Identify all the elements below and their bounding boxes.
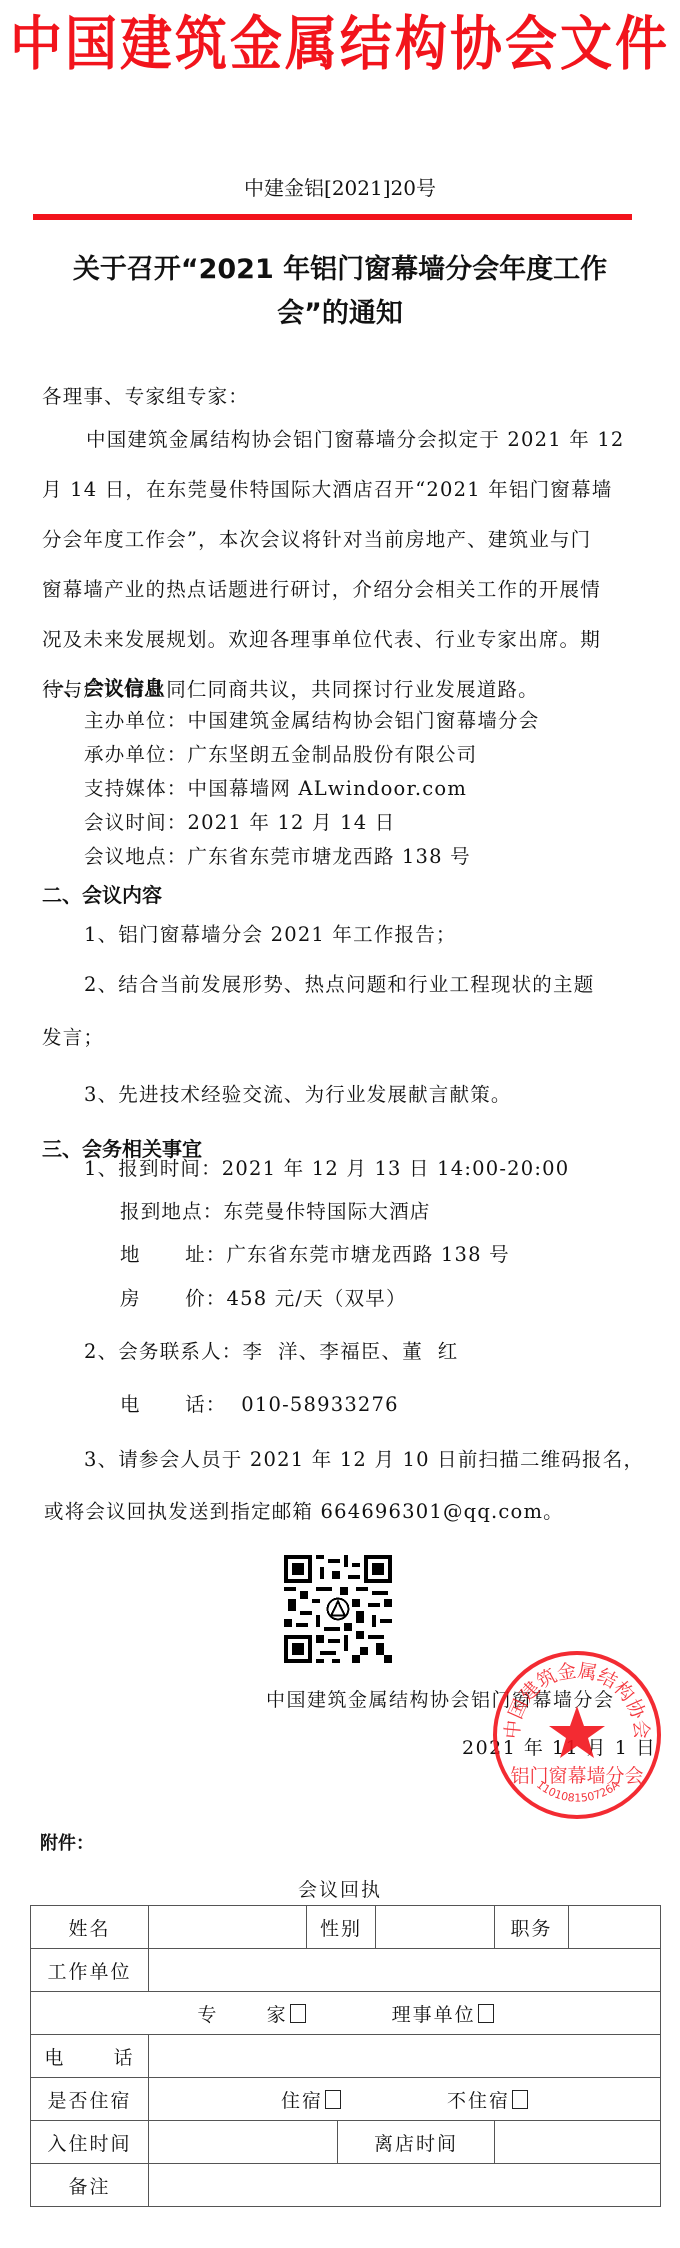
- stay-yes-label: 住宿: [281, 2090, 323, 2112]
- signup-instruction: 3、请参会人员于 2021 年 12 月 10 日前扫描二维码报名，: [84, 1445, 644, 1475]
- expert-label: 专 家: [197, 2004, 287, 2026]
- seal-icon: 中国建筑金属结构协会 铝门窗幕墙分会 110108150726A: [490, 1648, 664, 1822]
- remark-label: 备注: [31, 2164, 149, 2207]
- info-host: 主办单位：中国建筑金属结构协会铝门窗幕墙分会: [84, 705, 539, 739]
- workplace-label: 工作单位: [31, 1949, 149, 1992]
- registration-place: 报到地点：东莞曼佧特国际大酒店: [120, 1197, 431, 1227]
- intro-line: 窗幕墙产业的热点话题进行研讨，介绍分会相关工作的开展情: [42, 565, 642, 615]
- signup-email: 或将会议回执发送到指定邮箱 664696301@qq.com。: [44, 1497, 564, 1527]
- meeting-info-list: 主办单位：中国建筑金属结构协会铝门窗幕墙分会 承办单位：广东坚朗五金制品股份有限…: [84, 705, 539, 875]
- section1-heading: 一、会议信息: [44, 672, 164, 701]
- room-price: 房 价：458 元/天（双早）: [120, 1284, 407, 1314]
- stay-no-checkbox[interactable]: [512, 2090, 528, 2109]
- name-input[interactable]: [149, 1906, 307, 1949]
- checkout-label: 离店时间: [338, 2121, 495, 2164]
- phone: 电 话： 010-58933276: [120, 1390, 399, 1420]
- qr-code[interactable]: [284, 1555, 392, 1663]
- salutation: 各理事、专家组专家：: [42, 382, 249, 412]
- official-seal: 中国建筑金属结构协会 铝门窗幕墙分会 110108150726A: [490, 1648, 664, 1822]
- gender-label: 性别: [307, 1906, 376, 1949]
- svg-text:铝门窗幕墙分会: 铝门窗幕墙分会: [510, 1765, 643, 1787]
- phone-label: 电 话: [31, 2035, 149, 2078]
- registration-time: 1、报到时间：2021 年 12 月 13 日 14:00-20:00: [84, 1154, 569, 1184]
- form-row-workplace: 工作单位: [31, 1949, 661, 1992]
- gender-input[interactable]: [376, 1906, 495, 1949]
- checkin-input[interactable]: [149, 2121, 338, 2164]
- notice-title-line1: 关于召开“2021 年铝门窗幕墙分会年度工作: [30, 248, 650, 292]
- intro-line: 中国建筑金属结构协会铝门窗幕墙分会拟定于 2021 年 12: [42, 415, 642, 465]
- director-checkbox[interactable]: [478, 2004, 494, 2023]
- checkout-input[interactable]: [495, 2121, 661, 2164]
- info-venue: 会议地点：广东省东莞市塘龙西路 138 号: [84, 841, 539, 875]
- intro-paragraph: 中国建筑金属结构协会铝门窗幕墙分会拟定于 2021 年 12 月 14 日，在东…: [42, 415, 642, 715]
- form-row-role: 专 家 理事单位: [31, 1992, 661, 2035]
- workplace-input[interactable]: [149, 1949, 661, 1992]
- form-row-dates: 入住时间 离店时间: [31, 2121, 661, 2164]
- document-number: 中建金铝[2021]20号: [0, 172, 680, 201]
- name-label: 姓名: [31, 1906, 149, 1949]
- expert-checkbox[interactable]: [290, 2004, 306, 2023]
- agenda-item-1: 1、铝门窗幕墙分会 2021 年工作报告；: [84, 920, 457, 950]
- position-label: 职务: [495, 1906, 569, 1949]
- stay-label: 是否住宿: [31, 2078, 149, 2121]
- form-row-remark: 备注: [31, 2164, 661, 2207]
- agenda-item-2: 2、结合当前发展形势、热点问题和行业工程现状的主题: [84, 970, 594, 1000]
- org-title: 中国建筑金属结构协会文件: [0, 10, 680, 79]
- intro-line: 月 14 日，在东莞曼佧特国际大酒店召开“2021 年铝门窗幕墙: [42, 465, 642, 515]
- intro-line: 分会年度工作会”，本次会议将针对当前房地产、建筑业与门: [42, 515, 642, 565]
- red-divider: [33, 214, 632, 220]
- phone-input[interactable]: [149, 2035, 661, 2078]
- form-row-basic: 姓名 性别 职务: [31, 1906, 661, 1949]
- qr-code-icon: [284, 1555, 392, 1663]
- info-media: 支持媒体：中国幕墙网 ALwindoor.com: [84, 773, 539, 807]
- agenda-item-2-cont: 发言；: [42, 1023, 104, 1053]
- intro-line: 况及未来发展规划。欢迎各理事单位代表、行业专家出席。期: [42, 615, 642, 665]
- stay-yes-checkbox[interactable]: [325, 2090, 341, 2109]
- address: 地 址：广东省东莞市塘龙西路 138 号: [120, 1240, 510, 1270]
- director-label: 理事单位: [392, 2004, 476, 2026]
- position-input[interactable]: [569, 1906, 661, 1949]
- checkin-label: 入住时间: [31, 2121, 149, 2164]
- form-title: 会议回执: [0, 1875, 680, 1902]
- receipt-form: 姓名 性别 职务 工作单位 专 家 理事单位 电 话 是否住宿 住宿 不住宿 入…: [30, 1905, 661, 2207]
- info-organizer: 承办单位：广东坚朗五金制品股份有限公司: [84, 739, 539, 773]
- section2-heading: 二、会议内容: [42, 879, 162, 908]
- contacts: 2、会务联系人：李 洋、李福臣、董 红: [84, 1337, 458, 1367]
- form-row-stay: 是否住宿 住宿 不住宿: [31, 2078, 661, 2121]
- form-row-phone: 电 话: [31, 2035, 661, 2078]
- notice-title: 关于召开“2021 年铝门窗幕墙分会年度工作 会”的通知: [30, 248, 650, 336]
- stay-no-label: 不住宿: [447, 2090, 510, 2112]
- attachment-label: 附件：: [40, 1829, 94, 1855]
- agenda-item-3: 3、先进技术经验交流、为行业发展献言献策。: [84, 1080, 512, 1110]
- remark-input[interactable]: [149, 2164, 661, 2207]
- info-date: 会议时间：2021 年 12 月 14 日: [84, 807, 539, 841]
- notice-title-line2: 会”的通知: [30, 292, 650, 336]
